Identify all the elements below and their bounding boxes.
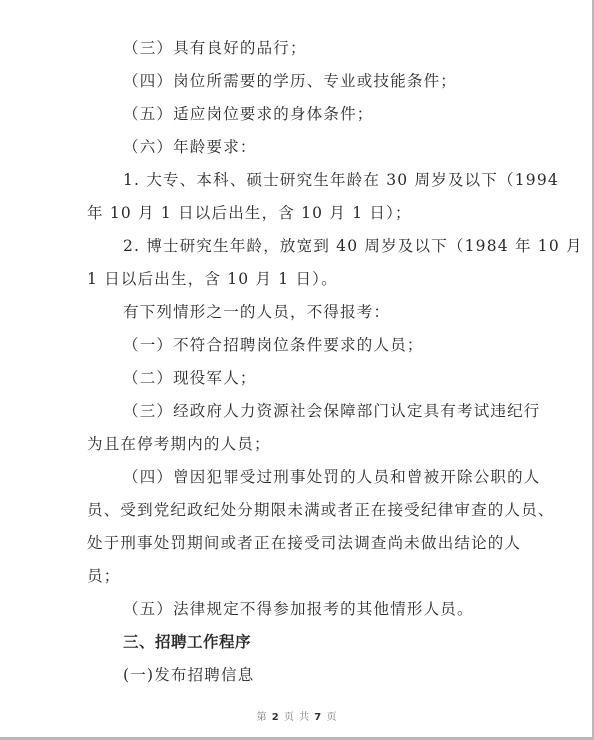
age-rule-1-line-2: 年 10 月 1 日以后出生，含 10 月 1 日）； <box>87 203 517 223</box>
exclusion-item-4-line-3: 处于刑事处罚期间或者正在接受司法调查尚未做出结论的人 <box>87 533 517 553</box>
footer-mid: 页 共 <box>284 712 310 723</box>
age-rule-1-line-1: 1. 大专、本科、硕士研究生年龄在 30 周岁及以下（1994 <box>123 170 517 190</box>
exclusion-item-1: （一）不符合招聘岗位条件要求的人员； <box>123 335 517 355</box>
total-pages-number: 7 <box>314 712 322 723</box>
exclusion-item-3-line-1: （三）经政府人力资源社会保障部门认定具有考试违纪行 <box>123 401 517 421</box>
exclusion-item-4-line-2: 员、受到党纪政纪处分期限未满或者正在接受纪律审查的人员、 <box>87 500 517 520</box>
paragraph-item-4-qualifications: （四）岗位所需要的学历、专业或技能条件； <box>123 71 517 91</box>
footer-prefix: 第 <box>257 712 268 723</box>
age-rule-2-line-2: 1 日以后出生，含 10 月 1 日）。 <box>87 269 517 289</box>
page-footer: 第 2 页 共 7 页 <box>0 708 594 723</box>
paragraph-item-5-physical: （五）适应岗位要求的身体条件； <box>123 104 517 124</box>
document-page: （三）具有良好的品行； （四）岗位所需要的学历、专业或技能条件； （五）适应岗位… <box>0 0 594 740</box>
section-heading-3: 三、招聘工作程序 <box>123 632 517 652</box>
exclusion-intro: 有下列情形之一的人员，不得报考： <box>123 302 517 322</box>
exclusion-item-4-line-1: （四）曾因犯罪受过刑事处罚的人员和曾被开除公职的人 <box>123 467 517 487</box>
paragraph-item-6-age: （六）年龄要求： <box>123 137 517 157</box>
paragraph-item-3-good-conduct: （三）具有良好的品行； <box>123 38 517 58</box>
footer-suffix: 页 <box>326 712 337 723</box>
age-rule-2-line-1: 2. 博士研究生年龄，放宽到 40 周岁及以下（1984 年 10 月 <box>123 236 517 256</box>
exclusion-item-5: （五）法律规定不得参加报考的其他情形人员。 <box>123 599 517 619</box>
subsection-heading-1: (一)发布招聘信息 <box>123 665 517 685</box>
exclusion-item-2: （二）现役军人； <box>123 368 517 388</box>
current-page-number: 2 <box>272 712 280 723</box>
exclusion-item-3-line-2: 为且在停考期内的人员； <box>87 434 517 454</box>
exclusion-item-4-line-4: 员； <box>87 566 517 586</box>
